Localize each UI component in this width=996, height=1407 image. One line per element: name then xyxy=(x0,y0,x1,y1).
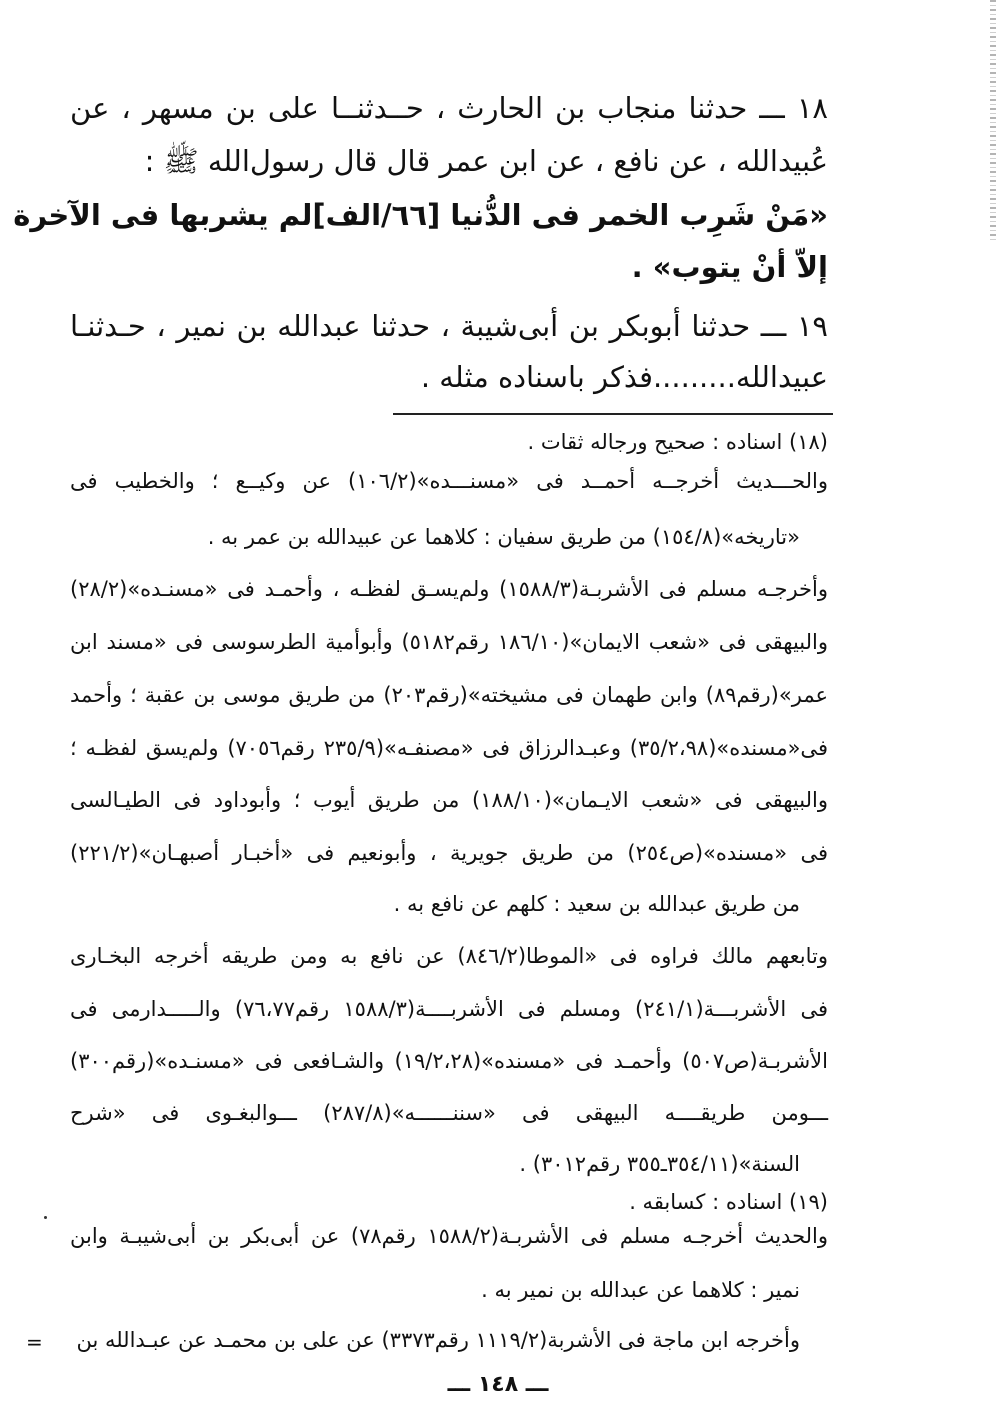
footnote-18-line: الأشربـة(ص٥٠٧) وأحمـد فى «مسنده»(١٩/٢،٢٨… xyxy=(70,1046,828,1076)
scan-edge-artifact xyxy=(990,0,996,240)
footnote-19-line: والحديث أخرجـه مسلم فى الأشربـة(١٥٨٨/٢ ر… xyxy=(70,1221,828,1251)
footnote-18-line: ـــومن طريقــــه البيهقى فى «سننــــــه»… xyxy=(70,1098,828,1128)
footnote-18-line: فى «مسنده»(ص٢٥٤) من طريق جويرية ، وأبونع… xyxy=(70,838,828,868)
footnote-18-line: والبيهقى فى «شعب الايـمان»(١٨٨/١٠) من طر… xyxy=(70,785,828,815)
footnote-19-heading: (١٩) اسناده : كسابقه . xyxy=(629,1187,828,1217)
footnote-18-line: «تاريخه»(١٥٤/٨) من طريق سفيان : كلاهما ع… xyxy=(208,522,800,552)
hadith-18-line-1: ١٨ ـــ حدثنا منجاب بن الحارث ، حــدثنــا… xyxy=(70,88,828,128)
footnote-18-line: عمر»(رقم٨٩) وابن طهمان فى مشيخته»(رقم٢٠٣… xyxy=(70,680,828,710)
hadith-19-line-1: ١٩ ـــ حدثنا أبوبكر بن أبى‌شيبة ، حدثنا … xyxy=(70,306,828,346)
footnote-18-line: من طريق عبدالله بن سعيد : كلهم عن نافع ب… xyxy=(394,889,800,919)
footnote-19-line: وأخرجه ابن ماجة فى الأشربة(١١١٩/٢ رقم٣٣٧… xyxy=(76,1325,800,1355)
hadith-18-line-2: عُبيدالله ، عن نافع ، عن ابن عمر قال قال… xyxy=(145,141,828,181)
footnote-18-line: والحـــديث أخرجــه أحمــد فى «مسنـــده»(… xyxy=(70,466,828,496)
footnote-separator xyxy=(393,413,833,415)
continuation-mark: = xyxy=(26,1330,43,1354)
footnote-18-line: فى«مسنده»(٣٥/٢،٩٨) وعبـدالرزاق فى «مصنفـ… xyxy=(70,733,828,763)
footnote-18-line: وأخرجـه مسلم فى الأشربـة(١٥٨٨/٣) ولم‌يسـ… xyxy=(70,574,828,604)
hadith-18-line-4: إلاّ أنْ يتوب» . xyxy=(632,247,828,287)
page-number: ـــ ١٤٨ ـــ xyxy=(0,1372,996,1397)
footnote-19-line: نمير : كلاهما عن عبدالله بن نمير به . xyxy=(481,1275,800,1305)
hadith-19-line-2: عبيدالله.........فذكر باسناده مثله . xyxy=(421,357,828,397)
footnote-18-line: فى الأشربـــة(٢٤١/١) ومسلم فى الأشربــــ… xyxy=(70,994,828,1024)
footnote-18-line: السنة»(٣٥٤/١١ـ٣٥٥ رقم٣٠١٢) . xyxy=(519,1149,800,1179)
footnote-18-line: والبيهقى فى «شعب الايمان»(١٨٦/١٠ رقم٥١٨٢… xyxy=(70,627,828,657)
hadith-18-line-3: «مَنْ شَرِب الخمر فى الدُّنيا [٦٦/الف]لم… xyxy=(132,195,828,235)
footnote-18-heading: (١٨) اسناده : صحيح ورجاله ثقات . xyxy=(527,427,828,457)
scan-speck xyxy=(44,1216,47,1219)
footnote-18-line: وتابعهم مالك فراوه فى «الموطا(٨٤٦/٢) عن … xyxy=(70,941,828,971)
